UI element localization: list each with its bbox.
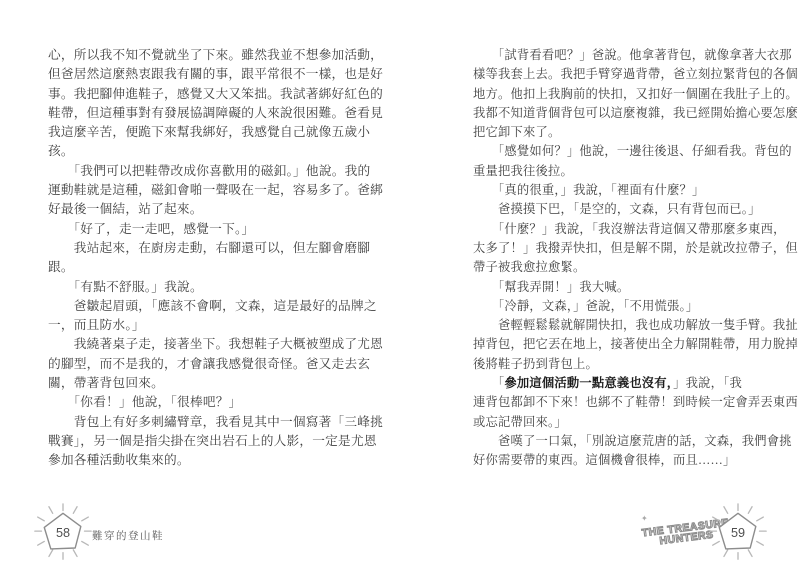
text-line: 但爸居然這麼熱衷跟我有關的事，跟平常很不一樣，也是好: [48, 65, 384, 84]
page-number: 59: [731, 526, 745, 540]
text-line: 連背包都卸不下來！也綁不了鞋帶！到時候一定會弄丟東西: [473, 393, 795, 412]
text-line: 好你需要帶的東西。這個機會很棒，而且……」: [473, 451, 795, 470]
text-line: 爸摸摸下巴，「是空的，文森，只有背包而已。」: [473, 200, 795, 219]
text-line: 我繞著桌子走，接著坐下。我想鞋子大概被塑成了尤恩: [48, 335, 384, 354]
text-line: 爸輕輕鬆鬆就解開快扣，我也成功解放一隻手臂。我扯: [473, 316, 795, 335]
chapter-title-label: 難穿的登山鞋: [92, 528, 164, 543]
book-spread-scan: { "colors": { "paper": "#ffffff", "text"…: [0, 0, 800, 574]
text-line: 參加各種活動收集來的。: [48, 451, 384, 470]
right-page-text: 「試背看看吧？」爸說。他拿著背包，就像拿著大衣那樣等我套上去。我把手臂穿過背帶，…: [473, 46, 795, 471]
text-line: 爸皺起眉頭，「應該不會啊，文森，這是最好的品牌之: [48, 297, 384, 316]
text-line: 我這麼辛苦，便跪下來幫我綁好，我感覺自己就像五歲小: [48, 123, 384, 142]
left-page-text: 心，所以我不知不覺就坐了下來。雖然我並不想參加活動，但爸居然這麼熱衷跟我有關的事…: [48, 46, 384, 471]
text-line: 鞋帶，但這種事對有發展協調障礙的人來說很困難。爸看見: [48, 104, 384, 123]
text-line: 「冷靜，文森，」爸說，「不用慌張。」: [473, 297, 795, 316]
text-line: 後將鞋子扔到背包上。: [473, 355, 795, 374]
sunburst-icon: 59: [708, 503, 768, 563]
text-line: 「什麼？」我說，「我沒辦法背這個又帶那麼多東西，: [473, 220, 795, 239]
text-line: 「有點不舒服。」我說。: [48, 278, 384, 297]
right-page-number-badge: 59: [708, 503, 768, 563]
text-line: 「你看！」他說，「很棒吧？」: [48, 393, 384, 412]
text-line: 「幫我弄開！」我大喊。: [473, 278, 795, 297]
text-line: 關，帶著背包回來。: [48, 374, 384, 393]
text-segment: 「: [473, 376, 504, 390]
text-line: 地方。他扣上我胸前的快扣，又扣好一個圍在我肚子上的。: [473, 85, 795, 104]
text-line: 我都不知道背個背包可以這麼複雜，我已經開始擔心要怎麼: [473, 104, 795, 123]
text-line: 背包上有好多刺繡臂章，我看見其中一個寫著「三峰挑: [48, 413, 384, 432]
left-page-number-badge: 58: [33, 503, 93, 563]
text-line: 把它卸下來了。: [473, 123, 795, 142]
text-line: 「真的很重，」我說，「裡面有什麼？」: [473, 181, 795, 200]
text-line: 事。我把腳伸進鞋子，感覺又大又笨拙。我試著綁好紅色的: [48, 85, 384, 104]
text-line: 「感覺如何？」他說，一邊往後退、仔細看我。背包的: [473, 142, 795, 161]
text-line: 「試背看看吧？」爸說。他拿著背包，就像拿著大衣那: [473, 46, 795, 65]
text-line: 帶子被我愈拉愈緊。: [473, 258, 795, 277]
text-line: 「我們可以把鞋帶改成你喜歡用的磁釦。」他說。我的: [48, 162, 384, 181]
text-line: 戰賽」，另一個是指尖掛在突出岩石上的人影，一定是尤恩: [48, 432, 384, 451]
text-line: 的腳型，而不是我的，才會讓我感覺很奇怪。爸又走去玄: [48, 355, 384, 374]
text-line: 「參加這個活動一點意義也沒有，」我說，「我: [473, 374, 795, 393]
text-line: 一，而且防水。」: [48, 316, 384, 335]
text-line: 重量把我往後拉。: [473, 162, 795, 181]
text-line: 我站起來，在廚房走動，右腳還可以，但左腳會磨腳: [48, 239, 384, 258]
text-line: 或忘記帶回來。」: [473, 413, 795, 432]
text-segment: 」我說，「我: [673, 376, 742, 390]
text-line: 跟。: [48, 258, 384, 277]
sparkle-icon: ✦: [641, 514, 648, 523]
text-line: 樣等我套上去。我把手臂穿過背帶，爸立刻拉緊背包的各個: [473, 65, 795, 84]
text-line: 運動鞋就是這種，磁釦會啪一聲吸在一起，容易多了。爸綁: [48, 181, 384, 200]
text-line: 爸嘆了一口氣，「別說這麼荒唐的話，文森，我們會挑: [473, 432, 795, 451]
text-line: 孩。: [48, 142, 384, 161]
sunburst-icon: 58: [33, 503, 93, 563]
text-line: 「好了，走一走吧，感覺一下。」: [48, 220, 384, 239]
text-line: 心，所以我不知不覺就坐了下來。雖然我並不想參加活動，: [48, 46, 384, 65]
text-line: 好最後一個結，站了起來。: [48, 200, 384, 219]
page-number: 58: [56, 526, 70, 540]
text-line: 掉背包，把它丟在地上，接著使出全力解開鞋帶，用力脫掉: [473, 335, 795, 354]
emphasis-text: 參加這個活動一點意義也沒有，: [504, 376, 673, 390]
text-line: 太多了！」我撥弄快扣，但是解不開，於是就改拉帶子，但: [473, 239, 795, 258]
